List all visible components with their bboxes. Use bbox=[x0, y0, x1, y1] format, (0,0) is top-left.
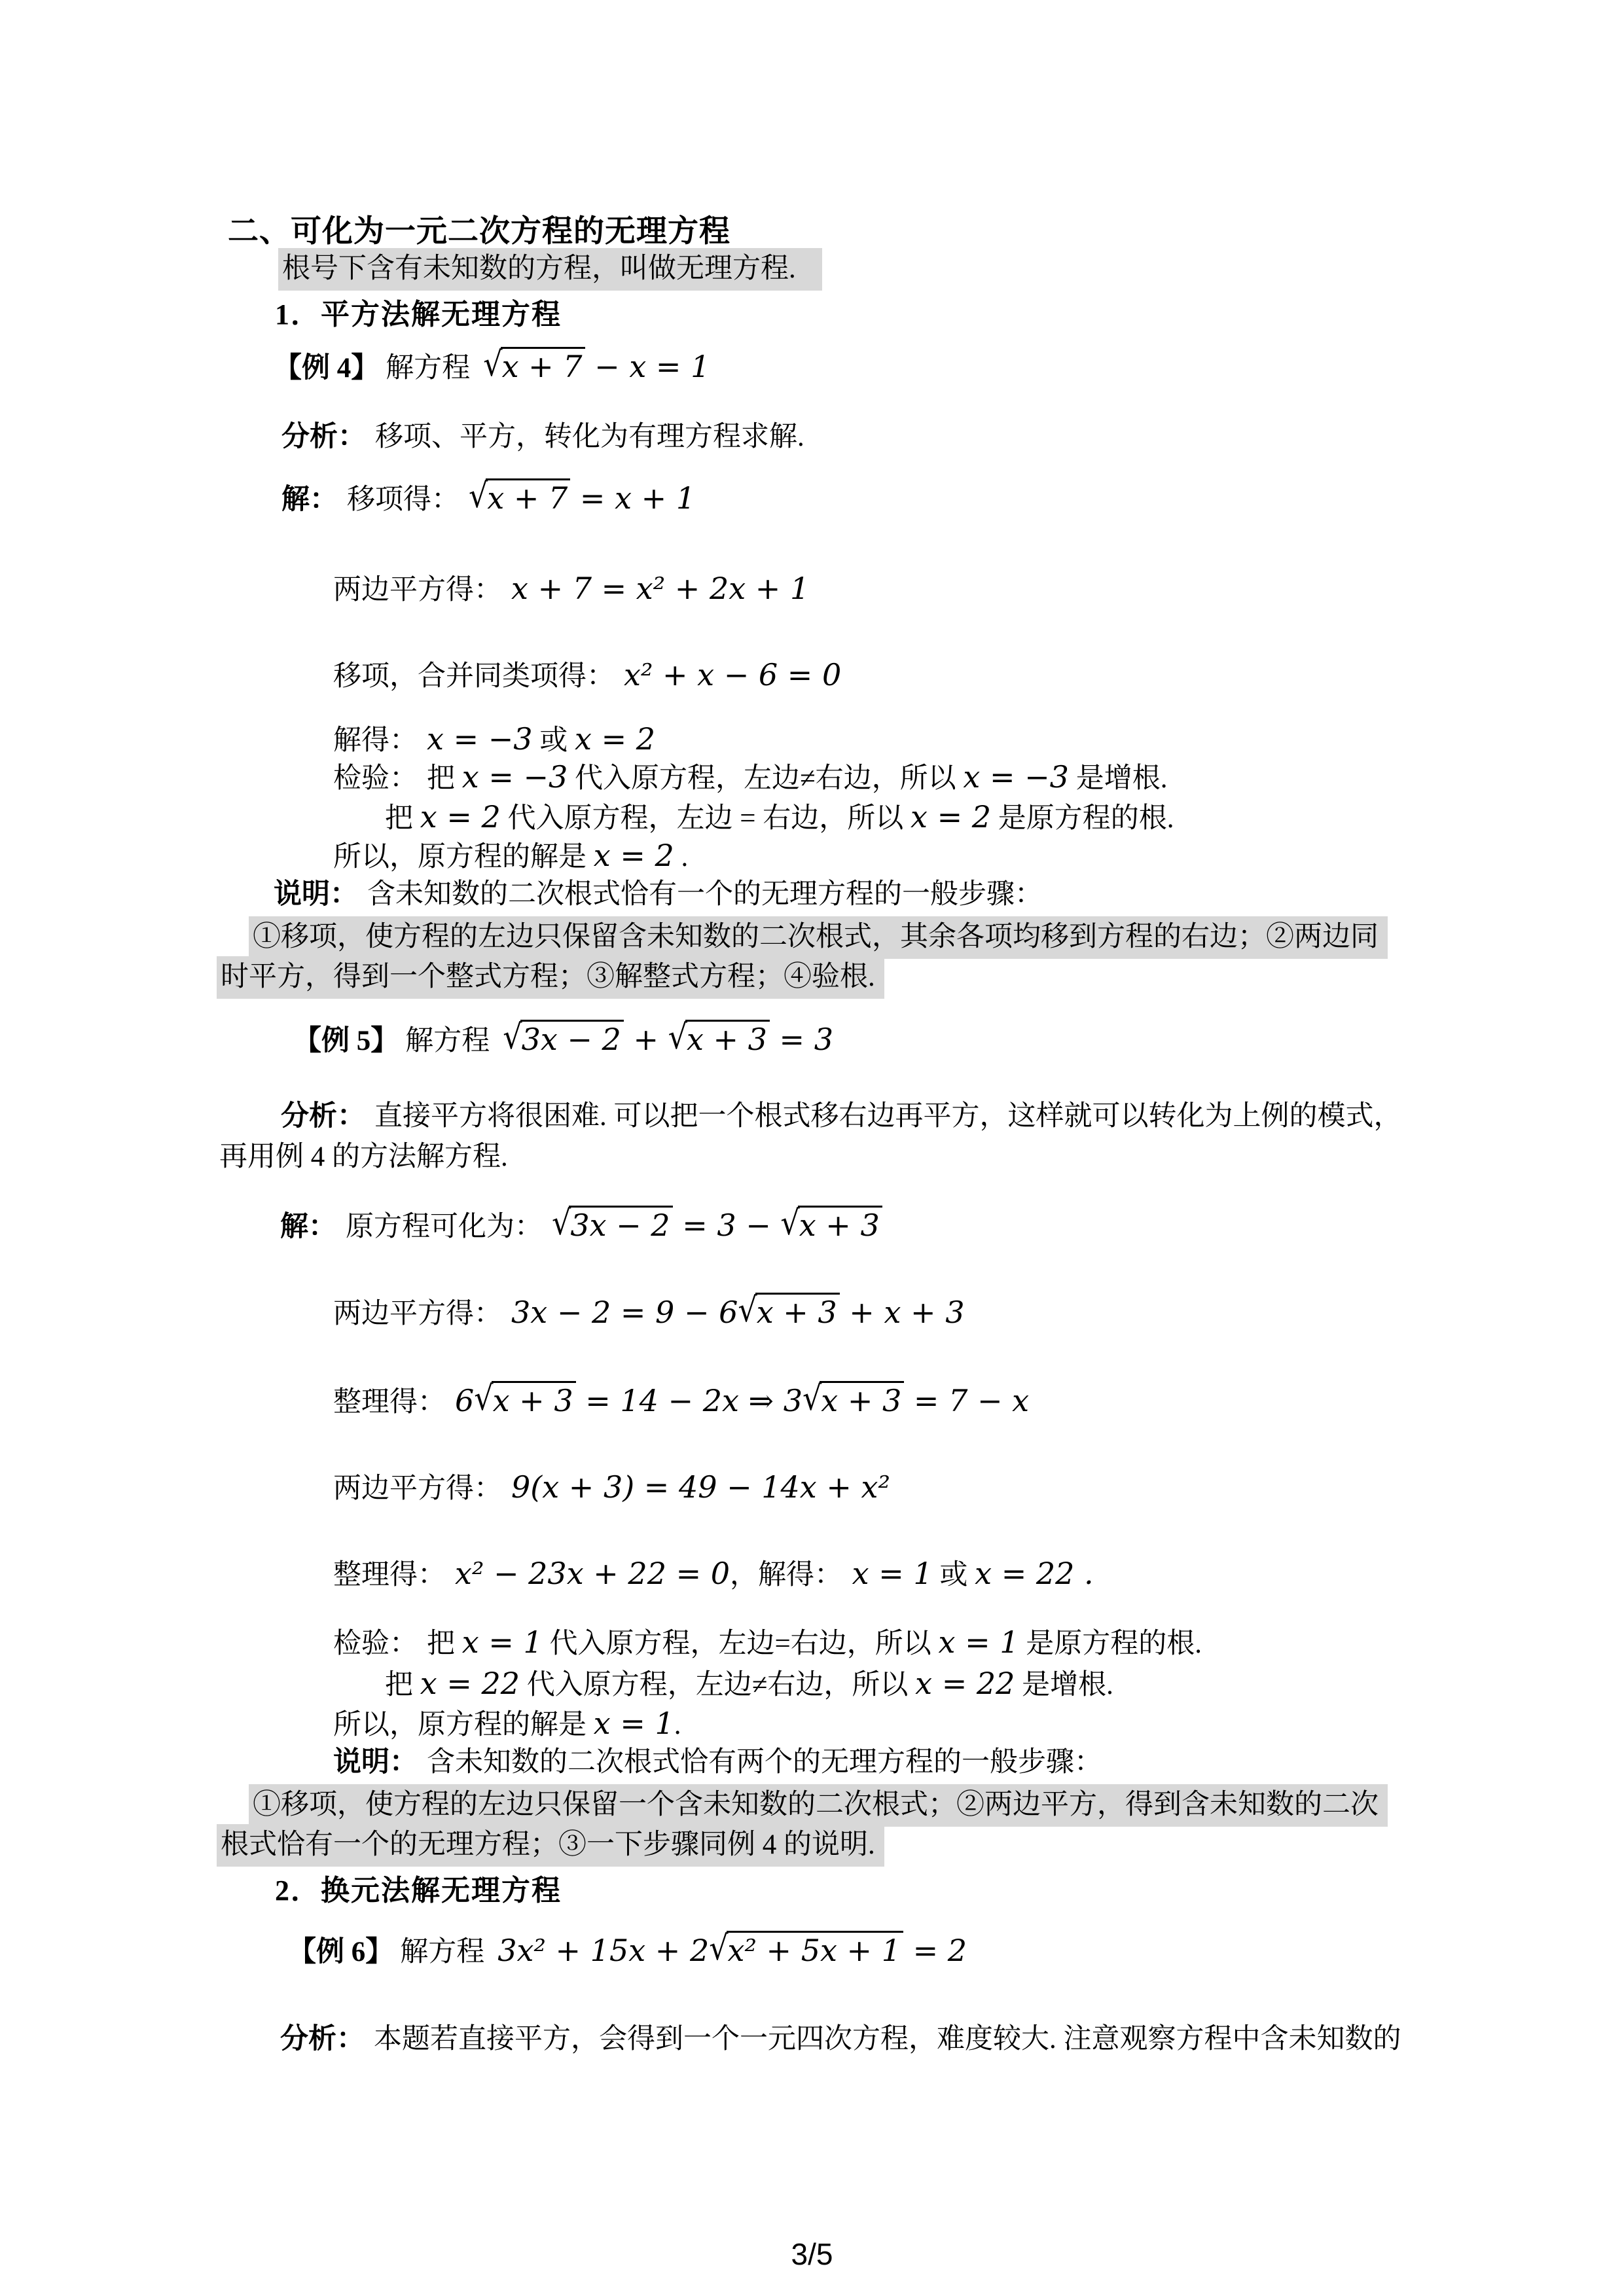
step3-equation: 6√x + 3 = 14 − 2x ⇒ 3√x + 3 = 7 − x bbox=[455, 1383, 1029, 1418]
sqrt-radical: √x + 3 bbox=[668, 1020, 770, 1060]
step1-label: 移项得： bbox=[347, 484, 460, 515]
step3-label: 移项，合并同类项得： bbox=[333, 661, 615, 692]
analysis-label: 分析： bbox=[281, 422, 366, 452]
example4-note-highlight-2: 时平方，得到一个整式方程；③解整式方程；④验根. bbox=[217, 959, 884, 996]
example5-note-highlight-1: ①移项，使方程的左边只保留一个含未知数的二次根式；②两边平方，得到含未知数的二次 bbox=[249, 1787, 1388, 1823]
example4-label: 【例 4】 bbox=[274, 353, 379, 384]
example4-note: 说明：含未知数的二次根式恰有一个的无理方程的一般步骤： bbox=[274, 876, 1043, 913]
step2-equation: x + 7 = x² + 2x + 1 bbox=[511, 571, 809, 606]
step1-label: 原方程可化为： bbox=[346, 1211, 543, 1242]
sqrt-radical: √x² + 5x + 1 bbox=[709, 1931, 903, 1971]
page-number: 3/5 bbox=[0, 2235, 1624, 2274]
check1-text: 把 x = 1 代入原方程，左边=右边，所以 x = 1 是原方程的根. bbox=[427, 1624, 1202, 1660]
note-label: 说明： bbox=[333, 1747, 418, 1778]
example4-task: 解方程 bbox=[386, 353, 470, 384]
sqrt-radical: √x + 3 bbox=[474, 1381, 575, 1421]
step2-equation: 3x − 2 = 9 − 6√x + 3 + x + 3 bbox=[511, 1295, 964, 1330]
step4-label: 两边平方得： bbox=[333, 1473, 502, 1504]
step4-equation: x = −3 或 x = 2 bbox=[427, 721, 655, 757]
note-text: 含未知数的二次根式恰有一个的无理方程的一般步骤： bbox=[367, 879, 1043, 910]
step3-equation: x² + x − 6 = 0 bbox=[624, 657, 841, 692]
example4-conclusion: 所以，原方程的解是 x = 2 . bbox=[333, 836, 688, 876]
step5-label: 整理得： bbox=[333, 1560, 446, 1590]
check-label: 检验： bbox=[333, 763, 418, 794]
example5-conclusion: 所以，原方程的解是 x = 1. bbox=[333, 1704, 681, 1744]
sqrt-radical: √x + 3 bbox=[803, 1381, 904, 1421]
example4-step2: 两边平方得：x + 7 = x² + 2x + 1 bbox=[333, 569, 809, 609]
sqrt-radical: √3x − 2 bbox=[503, 1020, 624, 1060]
example5-analysis-1: 分析：直接平方将很困难. 可以把一个根式移右边再平方，这样就可以转化为上例的模式… bbox=[281, 1098, 1402, 1135]
step1-equation: √3x − 2 = 3 − √x + 3 bbox=[552, 1208, 882, 1243]
example5-task: 解方程 bbox=[405, 1026, 490, 1056]
example5-check1: 检验：把 x = 1 代入原方程，左边=右边，所以 x = 1 是原方程的根. bbox=[333, 1623, 1202, 1662]
step5-equation: x² − 23x + 22 = 0，解得： x = 1 或 x = 22 . bbox=[455, 1556, 1094, 1591]
step4-equation: 9(x + 3) = 49 − 14x + x² bbox=[511, 1469, 890, 1505]
solution-label: 解： bbox=[280, 1211, 336, 1242]
example5-step3: 整理得：6√x + 3 = 14 − 2x ⇒ 3√x + 3 = 7 − x bbox=[333, 1381, 1029, 1421]
example5-step4: 两边平方得：9(x + 3) = 49 − 14x + x² bbox=[333, 1468, 890, 1507]
example4-check1: 检验：把 x = −3 代入原方程，左边≠右边，所以 x = −3 是增根. bbox=[333, 758, 1167, 797]
method1-heading: 1．平方法解无理方程 bbox=[275, 296, 562, 333]
definition-highlight: 根号下含有未知数的方程，叫做无理方程. bbox=[278, 251, 822, 287]
example5-step2: 两边平方得：3x − 2 = 9 − 6√x + 3 + x + 3 bbox=[333, 1293, 964, 1333]
document-page: 二、可化为一元二次方程的无理方程 根号下含有未知数的方程，叫做无理方程. 1．平… bbox=[0, 0, 1624, 2296]
example5-step5: 整理得：x² − 23x + 22 = 0，解得： x = 1 或 x = 22… bbox=[333, 1554, 1094, 1594]
step4-label: 解得： bbox=[333, 725, 418, 756]
sqrt-radical: √3x − 2 bbox=[552, 1206, 673, 1246]
example6-statement: 【例 6】解方程3x² + 15x + 2√x² + 5x + 1 = 2 bbox=[288, 1931, 967, 1971]
example4-equation: √x + 7 − x = 1 bbox=[483, 349, 710, 384]
example4-analysis: 分析：移项、平方，转化为有理方程求解. bbox=[281, 419, 804, 456]
conclusion-text: 所以，原方程的解是 x = 1. bbox=[333, 1706, 681, 1741]
analysis-label: 分析： bbox=[281, 1101, 365, 1132]
example6-analysis: 分析：本题若直接平方，会得到一个一元四次方程，难度较大. 注意观察方程中含未知数… bbox=[280, 2021, 1401, 2058]
definition-text: 根号下含有未知数的方程，叫做无理方程. bbox=[278, 248, 822, 291]
analysis-label: 分析： bbox=[280, 2024, 365, 2054]
example5-note: 说明：含未知数的二次根式恰有两个的无理方程的一般步骤： bbox=[333, 1744, 1102, 1781]
step2-label: 两边平方得： bbox=[333, 575, 502, 605]
example4-check2: 把 x = 2 代入原方程，左边 = 右边，所以 x = 2 是原方程的根. bbox=[385, 798, 1174, 837]
example4-step1: 解：移项得：√x + 7 = x + 1 bbox=[281, 478, 695, 518]
step3-label: 整理得： bbox=[333, 1387, 446, 1418]
sqrt-radical: √x + 7 bbox=[483, 347, 585, 387]
example5-equation: √3x − 2 + √x + 3 = 3 bbox=[503, 1022, 833, 1057]
example5-step1: 解：原方程可化为：√3x − 2 = 3 − √x + 3 bbox=[280, 1206, 882, 1246]
check-label: 检验： bbox=[333, 1628, 418, 1659]
check2-text: 把 x = 2 代入原方程，左边 = 右边，所以 x = 2 是原方程的根. bbox=[385, 799, 1174, 834]
analysis-text: 移项、平方，转化为有理方程求解. bbox=[375, 422, 804, 452]
sqrt-radical: √x + 3 bbox=[780, 1206, 882, 1246]
method2-heading: 2．换元法解无理方程 bbox=[275, 1872, 562, 1909]
step1-equation: √x + 7 = x + 1 bbox=[469, 480, 695, 516]
example4-note-highlight-1: ①移项，使方程的左边只保留含未知数的二次根式，其余各项均移到方程的右边；②两边同 bbox=[249, 919, 1388, 956]
sqrt-radical: √x + 3 bbox=[738, 1293, 839, 1333]
analysis-text: 本题若直接平方，会得到一个一元四次方程，难度较大. 注意观察方程中含未知数的 bbox=[374, 2024, 1401, 2054]
check2-text: 把 x = 22 代入原方程，左边≠右边，所以 x = 22 是增根. bbox=[385, 1666, 1113, 1701]
example4-statement: 【例 4】解方程√x + 7 − x = 1 bbox=[274, 347, 710, 387]
solution-label: 解： bbox=[281, 484, 338, 515]
example6-label: 【例 6】 bbox=[288, 1937, 393, 1967]
example4-step4: 解得：x = −3 或 x = 2 bbox=[333, 720, 655, 759]
example6-task: 解方程 bbox=[400, 1937, 484, 1967]
example6-equation: 3x² + 15x + 2√x² + 5x + 1 = 2 bbox=[497, 1933, 967, 1968]
example4-step3: 移项，合并同类项得：x² + x − 6 = 0 bbox=[333, 656, 841, 695]
sqrt-radical: √x + 7 bbox=[469, 478, 570, 518]
example5-label: 【例 5】 bbox=[293, 1026, 399, 1056]
step2-label: 两边平方得： bbox=[333, 1299, 502, 1329]
example5-check2: 把 x = 22 代入原方程，左边≠右边，所以 x = 22 是增根. bbox=[385, 1664, 1113, 1704]
example5-note-highlight-2: 根式恰有一个的无理方程；③一下步骤同例 4 的说明. bbox=[217, 1827, 884, 1863]
conclusion-text: 所以，原方程的解是 x = 2 . bbox=[333, 838, 688, 873]
section-title: 二、可化为一元二次方程的无理方程 bbox=[228, 211, 731, 251]
example5-statement: 【例 5】解方程√3x − 2 + √x + 3 = 3 bbox=[293, 1020, 833, 1060]
example5-analysis-2: 再用例 4 的方法解方程. bbox=[219, 1139, 508, 1175]
note-text: 含未知数的二次根式恰有两个的无理方程的一般步骤： bbox=[427, 1747, 1102, 1778]
note-label: 说明： bbox=[274, 879, 358, 910]
check1-text: 把 x = −3 代入原方程，左边≠右边，所以 x = −3 是增根. bbox=[427, 759, 1167, 795]
